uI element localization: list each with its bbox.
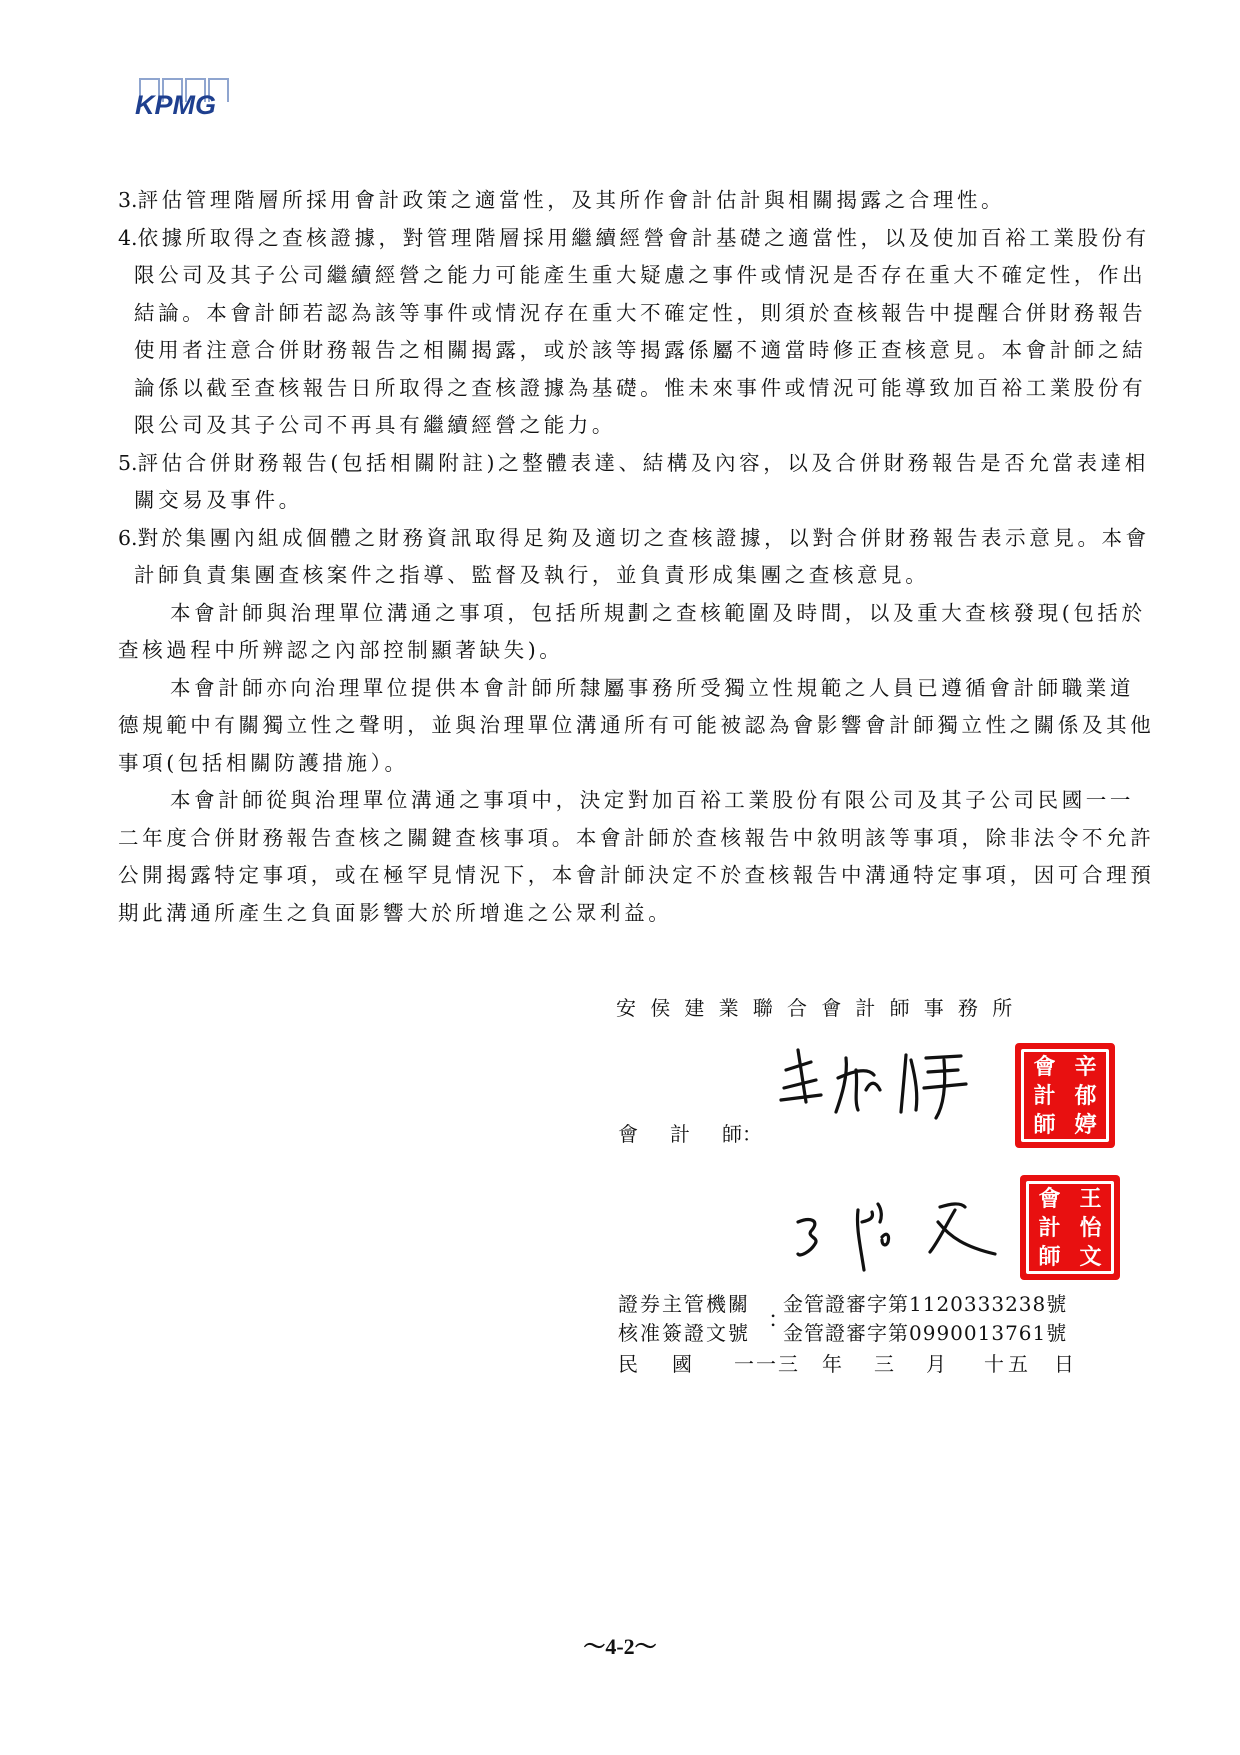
- list-item-4: 4.依據所取得之查核證據，對管理階層採用繼續經營會計基礎之適當性，以及使加百裕工…: [118, 220, 1158, 445]
- registration-row-1: 證券主管機關金管證審字第1120333238號: [618, 1290, 1067, 1319]
- registration-numbers: 證券主管機關金管證審字第1120333238號 核准簽證文號金管證審字第0990…: [618, 1290, 1067, 1348]
- list-item-3: 3.評估管理階層所採用會計政策之適當性，及其所作會計估計與相關揭露之合理性。: [118, 182, 1158, 220]
- signature-1: [776, 1040, 996, 1134]
- handwritten-signature-icon: [776, 1040, 996, 1130]
- firm-name: 安侯建業聯合會計師事務所: [616, 992, 1026, 1021]
- registration-row-2: 核准簽證文號金管證審字第0990013761號: [618, 1319, 1067, 1348]
- page-number: ～4-2～: [0, 1630, 1240, 1661]
- report-body: 3.評估管理階層所採用會計政策之適當性，及其所作會計估計與相關揭露之合理性。 4…: [118, 182, 1158, 932]
- cpa-seal-2: 會 王 計 怡 師 文: [1020, 1175, 1120, 1280]
- handwritten-signature-icon: [790, 1182, 1010, 1282]
- paragraph-communication: 本會計師與治理單位溝通之事項，包括所規劃之查核範圍及時間，以及重大查核發現(包括…: [118, 595, 1158, 670]
- paragraph-key-audit-matters: 本會計師從與治理單位溝通之事項中，決定對加百裕工業股份有限公司及其子公司民國一一…: [118, 782, 1158, 932]
- paragraph-independence: 本會計師亦向治理單位提供本會計師所隸屬事務所受獨立性規範之人員已遵循會計師職業道…: [118, 670, 1158, 783]
- list-item-6: 6.對於集團內組成個體之財務資訊取得足夠及適切之查核證據，以對合併財務報告表示意…: [118, 520, 1158, 595]
- cpa-label: 會計師：: [618, 1118, 762, 1147]
- cpa-seal-1: 會 辛 計 郁 師 婷: [1015, 1043, 1115, 1148]
- registration-colon: ：: [768, 1306, 790, 1335]
- signature-2: [790, 1182, 1010, 1286]
- list-item-5: 5.評估合併財務報告(包括相關附註)之整體表達、結構及內容，以及合併財務報告是否…: [118, 445, 1158, 520]
- kpmg-logo: KPMG: [135, 78, 245, 120]
- report-date: 民 國 一一三 年 三 月 十五 日: [618, 1348, 1074, 1377]
- logo-text: KPMG: [135, 90, 216, 121]
